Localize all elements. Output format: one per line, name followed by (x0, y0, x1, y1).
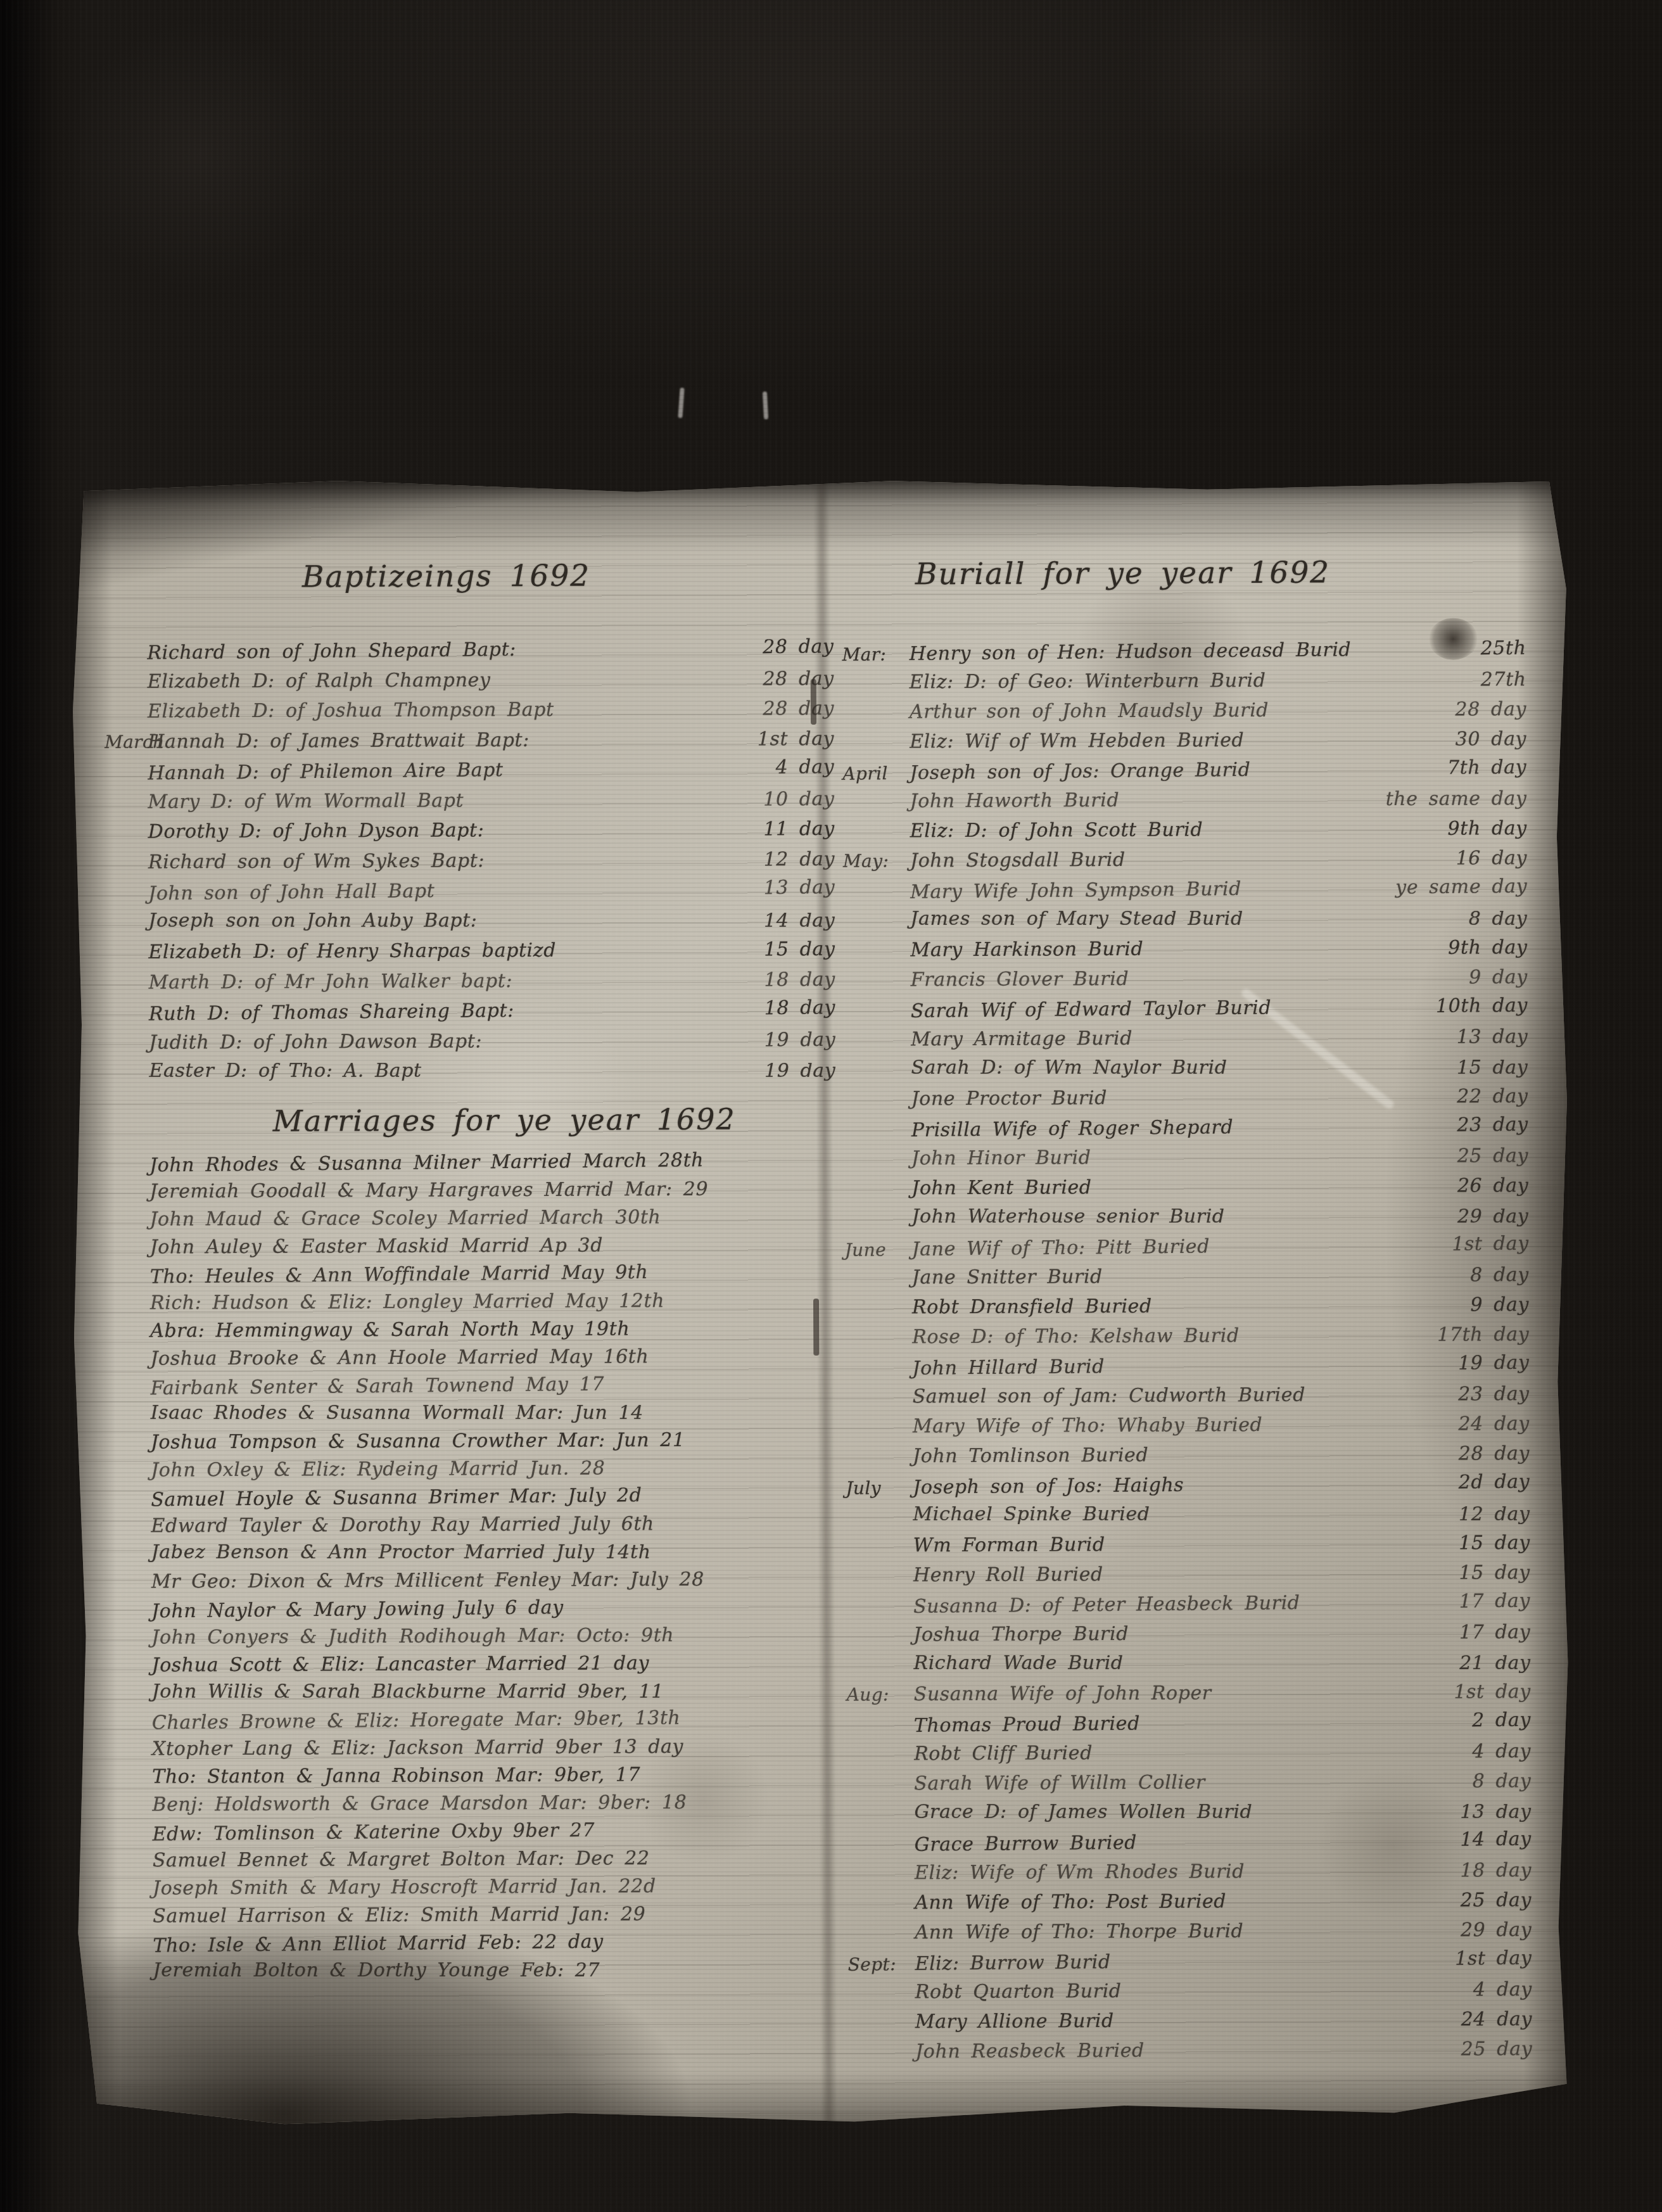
burial-entry: Eliz: D: of John Scott Burid9th day (910, 813, 1531, 846)
entry-day: 26 day (1457, 1171, 1529, 1200)
entry-text: Sarah Wif of Edward Taylor Burid (911, 996, 1272, 1022)
entry-text: Robt Dransfield Buried (912, 1295, 1152, 1319)
entry-text: Judith D: of John Dawson Bapt: (149, 1030, 482, 1053)
marriage-entry: John Auley & Easter Maskid Marrid Ap 3d (150, 1230, 841, 1261)
entry-text: Marth D: of Mr John Walker bapt: (149, 970, 512, 994)
entry-text: Mary D: of Wm Wormall Bapt (148, 789, 464, 813)
entry-text: Fairbank Senter & Sarah Townend May 17 (150, 1373, 604, 1399)
marriages-list: John Rhodes & Susanna Milner Married Mar… (105, 1147, 844, 1986)
entry-text: Richard son of Wm Sykes Bapt: (148, 849, 485, 873)
baptism-entry: MarchHannah D: of James Brattwait Bapt:1… (148, 723, 838, 756)
month-label (104, 638, 174, 639)
entry-text: Grace Burrow Buried (915, 1832, 1138, 1856)
entry-text: Hannah D: of Philemon Aire Bapt (148, 759, 504, 784)
marriage-entry: Joshua Tompson & Susanna Crowther Mar: J… (151, 1425, 841, 1456)
entry-text: Joseph son on John Auby Bapt: (148, 910, 477, 932)
entry-day: 17 day (1459, 1586, 1530, 1617)
month-label: June (844, 1235, 914, 1265)
entry-text: Elizabeth D: of Ralph Champney (148, 669, 491, 692)
month-label (846, 1592, 916, 1592)
entry-day: 18 day (764, 993, 835, 1024)
burial-entry: Thomas Proud Buried2 day (914, 1705, 1535, 1741)
month-label (105, 879, 175, 879)
entry-text: John Reasbeck Buried (915, 2040, 1145, 2063)
entry-text: Jeremiah Goodall & Mary Hargraves Marrid… (149, 1178, 708, 1202)
entry-text: Edw: Tomlinson & Katerine Oxby 9ber 27 (152, 1819, 595, 1845)
entry-day: 4 day (775, 752, 834, 782)
entry-text: Tho: Heules & Ann Woffindale Marrid May … (150, 1261, 649, 1288)
marriage-entry: John Conyers & Judith Rodihough Mar: Oct… (151, 1620, 842, 1651)
entry-day: 15 day (1459, 1528, 1530, 1558)
entry-text: Eliz: Wif of Wm Hebden Buried (910, 729, 1244, 753)
entry-day: 13 day (1457, 1022, 1528, 1052)
entry-day: 19 day (1458, 1348, 1530, 1378)
marriage-entry: Samuel Hoyle & Susanna Brimer Mar: July … (151, 1480, 841, 1514)
entry-text: John Tomlinson Buried (913, 1444, 1148, 1468)
entry-text: Dorothy D: of John Dyson Bapt: (148, 819, 485, 842)
marriage-entry: Joshua Brooke & Ann Hoole Married May 16… (150, 1342, 841, 1373)
burial-entry: Wm Forman Burid15 day (913, 1528, 1534, 1560)
entry-day: 15 day (764, 934, 835, 965)
month-label (106, 999, 175, 1000)
entry-text: Isaac Rhodes & Susanna Wormall Mar: Jun … (151, 1402, 644, 1424)
entry-day: 9 day (1470, 1290, 1529, 1319)
entry-day: 14 day (1460, 1824, 1532, 1855)
entry-text: Robt Cliff Buried (914, 1742, 1093, 1765)
burial-entry: Grace Burrow Buried14 day (915, 1824, 1535, 1860)
marriage-entry: Joshua Scott & Eliz: Lancaster Married 2… (151, 1648, 842, 1679)
baptism-entry: Richard son of John Shepard Bapt:28 day (147, 632, 837, 668)
baptism-entry: Richard son of Wm Sykes Bapt:12 day (148, 844, 839, 877)
burial-entry: Sept:Eliz: Burrow Burid1st day (915, 1943, 1535, 1979)
burial-entry: Mary Allione Burid24 day (915, 2004, 1536, 2037)
burial-entry: Susanna D: of Peter Heasbeck Burid17 day (913, 1586, 1534, 1622)
entry-text: Samuel son of Jam: Cudworth Buried (913, 1384, 1305, 1408)
baptism-entry: Judith D: of John Dawson Bapt:19 day (149, 1024, 839, 1057)
entry-day: 2d day (1459, 1467, 1530, 1497)
entry-day: 1st day (1454, 1677, 1531, 1707)
entry-text: Samuel Harrison & Eliz: Smith Marrid Jan… (153, 1903, 645, 1927)
burial-entry: John Haworth Buridthe same day (910, 784, 1530, 816)
burial-entry: Francis Glover Burid9 day (911, 962, 1532, 995)
burial-entry: Henry Roll Buried15 day (913, 1558, 1534, 1590)
entry-text: Abra: Hemmingway & Sarah North May 19th (150, 1318, 630, 1342)
burial-entry: Joshua Thorpe Burid17 day (913, 1617, 1534, 1649)
burial-entry: AprilJoseph son of Jos: Orange Burid7th … (910, 753, 1530, 788)
entry-day: 23 day (1457, 1110, 1528, 1140)
entry-text: Richard son of John Shepard Bapt: (147, 639, 516, 664)
entry-text: Jane Wif of Tho: Pitt Buried (911, 1235, 1210, 1261)
entry-text: John son of John Hall Bapt (148, 880, 435, 905)
entry-text: Michael Spinke Buried (913, 1503, 1150, 1525)
entry-day: 19 day (764, 1056, 835, 1086)
entry-text: Joshua Brooke & Ann Hoole Married May 16… (150, 1345, 649, 1370)
entry-text: Mary Allione Burid (915, 2010, 1114, 2033)
entry-day: 25 day (1457, 1141, 1529, 1171)
entry-text: John Auley & Easter Maskid Marrid Ap 3d (150, 1234, 604, 1258)
entry-text: John Haworth Burid (910, 789, 1119, 812)
burials-column: Buriall for ye year 1692 Mar:Henry son o… (839, 554, 1536, 2067)
burial-entry: Mary Harkinson Burid9th day (910, 932, 1531, 965)
burial-entry: Ann Wife of Tho: Post Buried25 day (915, 1885, 1535, 1917)
marriage-entry: John Willis & Sarah Blackburne Marrid 9b… (152, 1678, 842, 1706)
entry-day: 30 day (1456, 724, 1527, 754)
month-label (845, 1354, 915, 1354)
burial-entry: Robt Cliff Buried4 day (914, 1736, 1535, 1769)
entry-text: Rose D: of Tho: Kelshaw Burid (912, 1325, 1240, 1348)
burials-title: Buriall for ye year 1692 (915, 554, 1530, 592)
burial-entry: John Hillard Burid19 day (912, 1348, 1533, 1383)
marriage-entry: Benj: Holdsworth & Grace Marsdon Mar: 9b… (152, 1788, 842, 1819)
register-page: Baptizeings 1692 Richard son of John She… (67, 473, 1574, 2132)
entry-day: the same day (1386, 784, 1527, 814)
entry-text: Joseph son of Jos: Haighs (913, 1474, 1184, 1499)
burial-entry: May:John Stogsdall Burid16 day (910, 843, 1531, 875)
baptism-entry: Easter D: of Tho: A. Bapt19 day (149, 1056, 839, 1086)
entry-day: 1st day (1455, 1943, 1532, 1974)
burial-entry: Prisilla Wife of Roger Shepard23 day (911, 1110, 1532, 1145)
burial-entry: Sarah Wife of Willm Collier8 day (914, 1766, 1535, 1798)
marriage-entry: Tho: Stanton & Janna Robinson Mar: 9ber,… (152, 1760, 842, 1791)
entry-day: 28 day (1455, 694, 1526, 724)
entry-text: Xtopher Lang & Eliz: Jackson Marrid 9ber… (152, 1735, 683, 1760)
entry-text: John Hillard Burid (912, 1356, 1105, 1380)
marriages-title: Marriages for ye year 1692 (273, 1101, 840, 1138)
month-label: Sept: (847, 1949, 917, 1980)
entry-day: 28 day (763, 694, 834, 724)
entry-day: 28 day (763, 663, 834, 694)
month-label: March (105, 727, 174, 757)
entry-day: 17 day (1459, 1617, 1531, 1647)
burial-entry: Rose D: of Tho: Kelshaw Burid17th day (912, 1319, 1533, 1352)
marriage-entry: Xtopher Lang & Eliz: Jackson Marrid 9ber… (152, 1732, 842, 1763)
entry-day: 28 day (1459, 1439, 1530, 1468)
month-label: May: (843, 846, 913, 875)
burial-entry: Jone Proctor Burid22 day (911, 1081, 1532, 1114)
burial-entry: John Hinor Burid25 day (911, 1141, 1532, 1173)
entry-day: 1st day (758, 723, 835, 754)
entry-text: Edward Tayler & Dorothy Ray Married July… (151, 1513, 654, 1537)
entry-text: Elizabeth D: of Joshua Thompson Bapt (148, 699, 554, 723)
entry-text: John Maud & Grace Scoley Married March 3… (149, 1206, 661, 1231)
entry-text: John Stogsdall Burid (910, 849, 1126, 872)
entry-day: 8 day (1469, 904, 1528, 934)
entry-day: 2 day (1472, 1705, 1531, 1736)
entry-day: 12 day (1459, 1499, 1530, 1529)
entry-day: 25 day (1461, 1885, 1532, 1915)
entry-text: Charles Browne & Eliz: Horegate Mar: 9be… (152, 1707, 681, 1734)
entry-text: Joshua Scott & Eliz: Lancaster Married 2… (151, 1652, 649, 1676)
entry-day: 4 day (1473, 1974, 1532, 2004)
entry-day: 18 day (764, 964, 835, 995)
baptism-entry: Marth D: of Mr John Walker bapt:18 day (149, 964, 839, 997)
burial-entry: Samuel son of Jam: Cudworth Buried23 day (913, 1379, 1533, 1411)
burial-entry: Michael Spinke Buried12 day (913, 1499, 1533, 1529)
entry-day: 18 day (1460, 1855, 1532, 1885)
entry-text: Easter D: of Tho: A. Bapt (149, 1060, 421, 1082)
entry-text: Elizabeth D: of Henry Sharpas baptizd (149, 939, 557, 963)
burial-entry: Arthur son of John Maudsly Burid28 day (910, 694, 1530, 727)
entry-text: Ruth D: of Thomas Shareing Bapt: (149, 1000, 514, 1026)
entry-day: 8 day (1470, 1260, 1529, 1290)
entry-day: 23 day (1458, 1379, 1530, 1409)
entry-day: 15 day (1459, 1558, 1530, 1587)
marriage-entry: John Rhodes & Susanna Milner Married Mar… (149, 1145, 840, 1179)
baptisms-title: Baptizeings 1692 (302, 557, 837, 595)
burial-entry: Sarah Wif of Edward Taylor Burid10th day (911, 991, 1532, 1026)
marriage-entry: Charles Browne & Eliz: Horegate Mar: 9be… (152, 1703, 842, 1737)
burial-entry: Sarah D: of Wm Naylor Burid15 day (911, 1053, 1532, 1083)
entry-text: Mary Armitage Burid (911, 1027, 1132, 1051)
entry-day: ye same day (1395, 872, 1527, 903)
light-scratch-mark (678, 388, 684, 418)
entry-text: Tho: Stanton & Janna Robinson Mar: 9ber,… (152, 1764, 640, 1788)
entry-text: Susanna D: of Peter Heasbeck Burid (913, 1592, 1300, 1618)
burial-entry: John Kent Buried26 day (911, 1171, 1532, 1203)
entry-day: 29 day (1461, 1915, 1532, 1945)
marriage-entry: Isaac Rhodes & Susanna Wormall Mar: Jun … (151, 1399, 841, 1427)
entry-text: James son of Mary Stead Burid (910, 908, 1243, 930)
entry-day: 8 day (1473, 1766, 1532, 1796)
entry-text: Mary Wife of Tho: Whaby Buried (913, 1414, 1263, 1437)
entry-day: 7th day (1447, 753, 1527, 783)
entry-day: 16 day (1456, 843, 1527, 873)
month-label: April (842, 758, 912, 789)
burial-entry: Robt Quarton Burid4 day (915, 1974, 1536, 2007)
entry-text: Robt Quarton Burid (915, 1980, 1122, 2003)
baptism-entry: Hannah D: of Philemon Aire Bapt4 day (148, 752, 838, 789)
marriage-entry: Mr Geo: Dixon & Mrs Millicent Fenley Mar… (151, 1565, 842, 1596)
burial-entry: Jane Snitter Burid8 day (912, 1260, 1533, 1292)
entry-text: John Hinor Burid (911, 1147, 1091, 1169)
entry-day: 21 day (1459, 1648, 1530, 1678)
burial-entry: JuneJane Wif of Tho: Pitt Buried1st day (911, 1229, 1532, 1264)
entry-text: Eliz: Wife of Wm Rhodes Burid (915, 1860, 1245, 1884)
entry-day: 9th day (1448, 932, 1527, 963)
baptisms-marriages-column: Baptizeings 1692 Richard son of John She… (103, 557, 844, 1986)
entry-text: Samuel Hoyle & Susanna Brimer Mar: July … (151, 1484, 642, 1511)
entry-text: Samuel Bennet & Margret Bolton Mar: Dec … (153, 1847, 650, 1871)
entry-text: Jane Snitter Burid (912, 1266, 1103, 1288)
baptism-entry: Elizabeth D: of Henry Sharpas baptizd15 … (148, 934, 839, 967)
entry-text: Richard Wade Burid (913, 1652, 1123, 1674)
entry-text: Tho: Isle & Ann Elliot Marrid Feb: 22 da… (153, 1930, 604, 1957)
entry-text: Rich: Hudson & Eliz: Longley Married May… (150, 1290, 664, 1314)
marriage-entry: Abra: Hemmingway & Sarah North May 19th (150, 1314, 841, 1345)
entry-text: Francis Glover Burid (911, 968, 1129, 991)
burials-list: Mar:Henry son of Hen: Hudson deceasd Bur… (839, 635, 1536, 2067)
entry-day: 10 day (763, 784, 835, 814)
entry-day: 15 day (1457, 1053, 1528, 1083)
marriage-entry: Jabez Benson & Ann Proctor Married July … (151, 1539, 842, 1567)
baptism-entry: Mary D: of Wm Wormall Bapt10 day (148, 784, 838, 817)
entry-text: Eliz: D: of John Scott Burid (910, 818, 1203, 842)
entry-text: Joseph Smith & Mary Hoscroft Marrid Jan.… (153, 1875, 656, 1899)
entry-text: John Oxley & Eliz: Rydeing Marrid Jun. 2… (151, 1457, 605, 1481)
entry-text: Eliz: Burrow Burid (915, 1951, 1110, 1975)
entry-text: John Conyers & Judith Rodihough Mar: Oct… (151, 1624, 674, 1649)
entry-text: John Kent Buried (911, 1176, 1092, 1199)
entry-text: Eliz: D: of Geo: Winterburn Burid (910, 670, 1266, 693)
entry-day: 14 day (764, 906, 835, 936)
burial-entry: John Tomlinson Buried28 day (913, 1439, 1533, 1471)
entry-text: Joshua Tompson & Susanna Crowther Mar: J… (151, 1428, 685, 1453)
entry-day: 1st day (1452, 1229, 1529, 1259)
light-scratch-mark (763, 391, 768, 419)
baptism-entry: Elizabeth D: of Joshua Thompson Bapt28 d… (148, 694, 838, 727)
entry-day: 11 day (763, 814, 835, 844)
burial-entry: John Reasbeck Buried25 day (915, 2034, 1536, 2066)
marriage-entry: Tho: Heules & Ann Woffindale Marrid May … (150, 1257, 841, 1291)
month-label: July (846, 1473, 915, 1503)
entry-day: 29 day (1457, 1202, 1528, 1231)
month-label (847, 1711, 917, 1712)
entry-text: Mr Geo: Dixon & Mrs Millicent Fenley Mar… (151, 1568, 704, 1592)
marriage-entry: Joseph Smith & Mary Hoscroft Marrid Jan.… (153, 1871, 843, 1902)
entry-day: 4 day (1472, 1736, 1531, 1766)
burial-entry: Mary Wife John Sympson Buridye same day (910, 872, 1531, 907)
marriage-entry: John Maud & Grace Scoley Married March 3… (149, 1202, 840, 1233)
burial-entry: Eliz: Wif of Wm Hebden Buried30 day (910, 724, 1530, 756)
marriage-entry: Edward Tayler & Dorothy Ray Married July… (151, 1509, 841, 1540)
entry-day: 25 day (1461, 2034, 1533, 2064)
entry-text: John Rhodes & Susanna Milner Married Mar… (149, 1149, 704, 1176)
entry-text: John Willis & Sarah Blackburne Marrid 9b… (152, 1681, 664, 1703)
month-label (844, 1116, 914, 1116)
marriage-entry: Fairbank Senter & Sarah Townend May 17 (150, 1368, 841, 1402)
marriage-entry: Tho: Isle & Ann Elliot Marrid Feb: 22 da… (153, 1926, 843, 1960)
burial-entry: James son of Mary Stead Burid8 day (910, 904, 1531, 934)
burial-entry: Mary Wife of Tho: Whaby Buried24 day (913, 1409, 1533, 1441)
marriage-entry: John Naylor & Mary Jowing July 6 day (151, 1591, 842, 1625)
entry-text: Joshua Thorpe Burid (913, 1623, 1129, 1646)
entry-day: 25th (1480, 633, 1526, 664)
entry-text: John Waterhouse senior Burid (911, 1205, 1224, 1228)
entry-day: 10th day (1436, 991, 1528, 1021)
burial-entry: Mar:Henry son of Hen: Hudson deceasd Bur… (909, 633, 1530, 669)
baptism-entry: John son of John Hall Bapt13 day (148, 872, 839, 909)
marriage-entry: Edw: Tomlinson & Katerine Oxby 9ber 27 (152, 1814, 842, 1848)
entry-day: 13 day (1460, 1797, 1531, 1827)
entry-day: 9 day (1469, 962, 1528, 992)
entry-day: 19 day (764, 1024, 836, 1055)
entry-text: Ann Wife of Tho: Post Buried (915, 1890, 1226, 1914)
entry-text: Susanna Wife of John Roper (914, 1682, 1212, 1705)
burial-entry: Mary Armitage Burid13 day (911, 1022, 1532, 1054)
burial-entry: Robt Dransfield Buried9 day (912, 1290, 1533, 1322)
marriage-entry: Jeremiah Bolton & Dorthy Younge Feb: 27 (153, 1957, 844, 1985)
entry-text: Hannah D: of James Brattwait Bapt: (148, 728, 530, 753)
entry-text: Jeremiah Bolton & Dorthy Younge Feb: 27 (153, 1959, 600, 1981)
entry-text: Prisilla Wife of Roger Shepard (911, 1116, 1234, 1141)
burial-entry: Richard Wade Burid21 day (913, 1648, 1534, 1678)
entry-text: Arthur son of John Maudsly Burid (910, 699, 1269, 723)
month-label (847, 1830, 917, 1831)
month-label (105, 758, 174, 759)
entry-text: Wm Forman Burid (913, 1534, 1105, 1556)
entry-text: Thomas Proud Buried (914, 1713, 1140, 1737)
burial-entry: Eliz: Wife of Wm Rhodes Burid18 day (915, 1855, 1535, 1888)
entry-text: Mary Harkinson Burid (910, 938, 1143, 962)
burial-entry: Ann Wife of Tho: Thorpe Burid29 day (915, 1915, 1535, 1947)
marriage-entry: Rich: Hudson & Eliz: Longley Married May… (150, 1286, 841, 1317)
entry-day: 9th day (1447, 813, 1526, 844)
register-photograph: Baptizeings 1692 Richard son of John She… (0, 0, 1662, 2212)
entry-day: 22 day (1457, 1081, 1528, 1111)
entry-day: 17th day (1437, 1319, 1529, 1350)
marriage-entry: Jeremiah Goodall & Mary Hargraves Marrid… (149, 1174, 840, 1205)
entry-text: Mary Wife John Sympson Burid (910, 878, 1241, 903)
entry-day: 24 day (1458, 1409, 1530, 1439)
baptism-entry: Joseph son on John Auby Bapt:14 day (148, 906, 839, 936)
entry-text: Benj: Holdsworth & Grace Marsdon Mar: 9b… (152, 1791, 687, 1815)
burial-entry: JulyJoseph son of Jos: Haighs2d day (913, 1467, 1533, 1503)
burial-entry: Aug:Susanna Wife of John Roper1st day (914, 1677, 1535, 1709)
entry-text: Sarah D: of Wm Naylor Burid (911, 1057, 1227, 1079)
entry-text: Jabez Benson & Ann Proctor Married July … (151, 1541, 651, 1563)
entry-text: Ann Wife of Tho: Thorpe Burid (915, 1920, 1243, 1943)
burial-entry: Grace D: of James Wollen Burid13 day (915, 1797, 1535, 1827)
baptism-entry: Elizabeth D: of Ralph Champney28 day (148, 663, 838, 696)
marriage-entry: Samuel Bennet & Margret Bolton Mar: Dec … (153, 1843, 843, 1874)
entry-day: 24 day (1461, 2004, 1532, 2034)
month-label (844, 996, 913, 997)
month-label: Mar: (842, 639, 911, 670)
entry-day: 27th (1481, 664, 1526, 694)
burial-entry: John Waterhouse senior Burid29 day (911, 1202, 1532, 1231)
marriage-entry: Samuel Harrison & Eliz: Smith Marrid Jan… (153, 1899, 843, 1930)
month-label (843, 877, 913, 878)
entry-day: 12 day (763, 844, 835, 874)
entry-text: Jone Proctor Burid (911, 1087, 1108, 1110)
entry-text: Joseph son of Jos: Orange Burid (910, 759, 1250, 784)
month-label: Aug: (847, 1679, 917, 1709)
baptisms-list: Richard son of John Shepard Bapt:28 dayE… (103, 633, 839, 1088)
entry-day: 28 day (763, 632, 834, 663)
entry-text: John Naylor & Mary Jowing July 6 day (151, 1596, 564, 1622)
entry-text: Henry Roll Buried (913, 1563, 1103, 1586)
marriage-entry: John Oxley & Eliz: Rydeing Marrid Jun. 2… (151, 1453, 841, 1484)
burial-entry: Eliz: D: of Geo: Winterburn Burid27th (910, 664, 1530, 697)
entry-text: Henry son of Hen: Hudson deceasd Burid (909, 639, 1351, 665)
baptism-entry: Ruth D: of Thomas Shareing Bapt:18 day (149, 993, 839, 1029)
entry-text: Sarah Wife of Willm Collier (914, 1771, 1205, 1795)
entry-day: 13 day (764, 872, 835, 903)
baptism-entry: Dorothy D: of John Dyson Bapt:11 day (148, 814, 839, 847)
entry-text: Grace D: of James Wollen Burid (915, 1801, 1253, 1823)
